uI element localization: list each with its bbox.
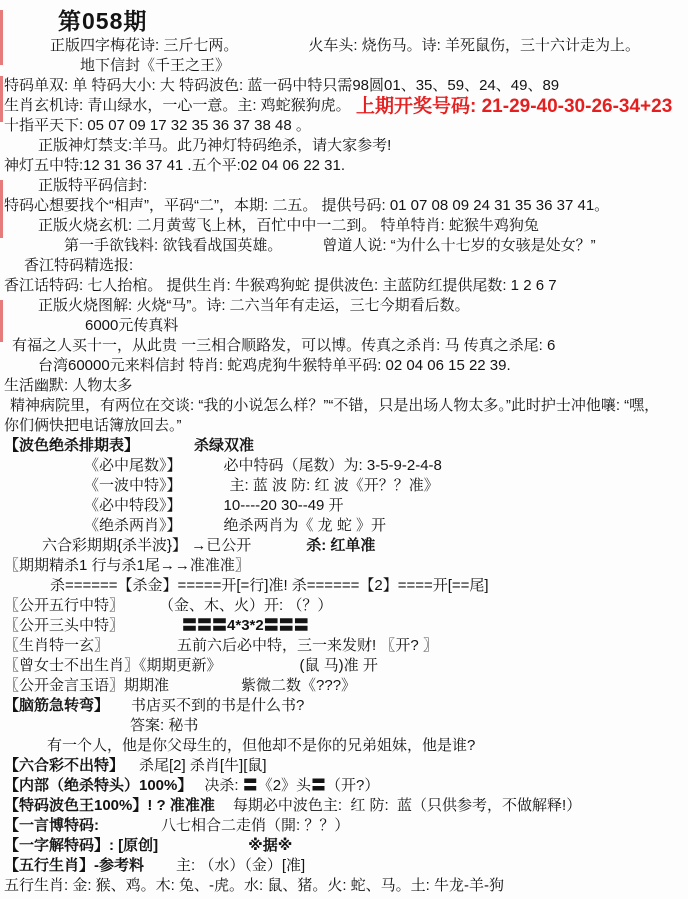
text-line: 正版特平码信封: bbox=[2, 176, 686, 196]
text-line: 〖公开三头中特〗〓〓〓4*3*2〓〓〓 bbox=[2, 616, 686, 636]
text-segment: 生肖玄机诗: 青山绿水，一心一意。主: 鸡蛇猴狗虎。 bbox=[4, 96, 351, 116]
text-line: 〖生肖特一玄〗五前六后必中特，三一来发财! 〖开? 〗 bbox=[2, 636, 686, 656]
text-line: 特码心想要找个“相声”，平码“二”，本期: 二五。 提供号码: 01 07 08… bbox=[2, 196, 686, 216]
text-line: 精神病院里，有两位在交谈: “我的小说怎么样？”“不错，只是出场人物太多。”此时… bbox=[2, 396, 686, 416]
text-segment: 正版四字梅花诗: 三斤七两。 bbox=[50, 36, 238, 56]
text-line: 《一波中特》】主: 蓝 波 防: 红 波《开？？准》 bbox=[2, 476, 686, 496]
text-line: 香江话特码: 七人抬棺。 提供生肖: 牛猴鸡狗蛇 提供波色: 主蓝防红提供尾数:… bbox=[2, 276, 686, 296]
text-segment: 【脑筋急转弯】 bbox=[4, 696, 109, 716]
text-segment: 【五行生肖】-参考料 bbox=[4, 856, 144, 876]
text-segment: 十指平天下: 05 07 09 17 32 35 36 37 38 48 。 bbox=[4, 116, 311, 136]
text-segment: 正版火烧图解: 火烧“马”。诗: 二六当年有走运，三七今期看后数。 bbox=[38, 296, 470, 316]
text-segment: 【波色绝杀排期表】 bbox=[4, 436, 139, 456]
text-line: 生活幽默: 人物太多 bbox=[2, 376, 686, 396]
scan-artifact bbox=[0, 10, 3, 65]
text-segment: 地下信封《千王之王》 bbox=[80, 56, 230, 76]
text-line: 正版火烧图解: 火烧“马”。诗: 二六当年有走运，三七今期看后数。 bbox=[2, 296, 686, 316]
text-line: 台湾60000元来料信封 特肖: 蛇鸡虎狗牛猴特单平码: 02 04 06 15… bbox=[2, 356, 686, 376]
text-line: 【一字解特码】: [原创]※据※ bbox=[2, 836, 686, 856]
text-segment: 6000元传真料 bbox=[85, 316, 178, 336]
text-segment: 〖公开金言玉语〗期期准 bbox=[4, 676, 169, 696]
text-line: 〖公开五行中特〗（金、木、火）开: （？） bbox=[2, 596, 686, 616]
text-segment: 曾道人说: “为什么十七岁的女骇是处女？” bbox=[322, 236, 595, 256]
text-segment: 八七相合二走俏（開: ？？） bbox=[161, 816, 349, 836]
text-line: 【脑筋急转弯】书店买不到的书是什么书? bbox=[2, 696, 686, 716]
text-segment: 〖公开五行中特〗 bbox=[4, 596, 124, 616]
text-segment: 《绝杀两肖》】 bbox=[84, 516, 182, 536]
text-segment: 你们俩快把电话簿放回去。” bbox=[4, 416, 182, 436]
text-line: 地下信封《千王之王》 bbox=[2, 56, 686, 76]
text-line: 六合彩期期{杀半波}】 →已公开杀: 红单准 bbox=[2, 536, 686, 556]
text-segment: 香江特码精选报: bbox=[24, 256, 133, 276]
text-line: 6000元传真料 bbox=[2, 316, 686, 336]
text-line: 【内部（绝杀特头）100%】决杀: 〓《2》头〓（开?） bbox=[2, 776, 686, 796]
text-line: 【六合彩不出特】杀尾[2] 杀肖[牛][鼠] bbox=[2, 756, 686, 776]
text-line: 《绝杀两肖》】绝杀两肖为《 龙 蛇 》开 bbox=[2, 516, 686, 536]
text-segment: 五前六后必中特，三一来发财! 〖开? 〗 bbox=[177, 636, 438, 656]
text-segment: 〖公开三头中特〗 bbox=[4, 616, 124, 636]
text-segment: 第一手欲钱料: 欲钱看战国英雄。 bbox=[64, 236, 282, 256]
text-segment: 正版特平码信封: bbox=[38, 176, 147, 196]
text-segment: 杀======【杀金】=====开[=行]准! 杀======【2】====开[… bbox=[50, 576, 489, 596]
text-segment: 主: 蓝 波 防: 红 波《开？？准》 bbox=[230, 476, 439, 496]
text-segment: 《一波中特》】 bbox=[84, 476, 182, 496]
last-draw-numbers: 上期开奖号码: 21-29-40-30-26-34+23 bbox=[356, 91, 672, 118]
text-line: 你们俩快把电话簿放回去。” bbox=[2, 416, 686, 436]
text-segment: 火车头: 烧伤马。诗: 羊死鼠伤，三十六计走为上。 bbox=[308, 36, 640, 56]
text-segment: 答案: 秘书 bbox=[130, 716, 198, 736]
text-segment: 【一言博特码: bbox=[4, 816, 99, 836]
text-line: 神灯五中特:12 31 36 37 41 .五个平:02 04 06 22 31… bbox=[2, 156, 686, 176]
text-segment: 书店买不到的书是什么书? bbox=[131, 696, 304, 716]
text-line: 【一言博特码:八七相合二走俏（開: ？？） bbox=[2, 816, 686, 836]
text-segment: 杀: 红单准 bbox=[306, 536, 375, 556]
text-line: 正版神灯禁支:羊马。此乃神灯特码绝杀，请大家参考! bbox=[2, 136, 686, 156]
text-segment: 10----20 30--49 开 bbox=[224, 496, 344, 516]
text-segment: 【一字解特码】: [原创] bbox=[4, 836, 158, 856]
text-segment: 《必中特段》】 bbox=[84, 496, 182, 516]
text-segment: 精神病院里，有两位在交谈: “我的小说怎么样？”“不错，只是出场人物太多。”此时… bbox=[10, 396, 659, 416]
text-segment: 五行生肖: 金: 猴、鸡。木: 兔、-虎。水: 鼠、猪。火: 蛇、马。土: 牛龙… bbox=[4, 876, 504, 896]
text-line: 〖曾女士不出生肖〗《期期更新》(鼠 马)准 开 bbox=[2, 656, 686, 676]
text-segment: 〖曾女士不出生肖〗《期期更新》 bbox=[4, 656, 222, 676]
text-segment: 每期必中波色主: 红 防: 蓝（只供参考，不做解释!） bbox=[233, 796, 581, 816]
text-line: 答案: 秘书 bbox=[2, 716, 686, 736]
text-line: 《必中特段》】10----20 30--49 开 bbox=[2, 496, 686, 516]
scan-artifact bbox=[0, 300, 3, 342]
text-segment: (鼠 马)准 开 bbox=[300, 656, 378, 676]
text-line: 〖公开金言玉语〗期期准紫微二数《???》 bbox=[2, 676, 686, 696]
text-line: 正版火烧玄机: 二月黄莺飞上林，百忙中中一二到。 特单特肖: 蛇猴牛鸡狗兔 bbox=[2, 216, 686, 236]
text-segment: 绝杀两肖为《 龙 蛇 》开 bbox=[224, 516, 387, 536]
text-segment: 特码心想要找个“相声”，平码“二”，本期: 二五。 提供号码: 01 07 08… bbox=[4, 196, 609, 216]
text-line: 有福之人买十一，从此贵 一三相合顺路发，可以博。传真之杀肖: 马 传真之杀尾: … bbox=[2, 336, 686, 356]
text-line: 五行生肖: 金: 猴、鸡。木: 兔、-虎。水: 鼠、猪。火: 蛇、马。土: 牛龙… bbox=[2, 876, 686, 896]
text-segment: 神灯五中特:12 31 36 37 41 .五个平:02 04 06 22 31… bbox=[4, 156, 345, 176]
text-line: 有一个人，他是你父母生的，但他却不是你的兄弟姐妹，他是谁? bbox=[2, 736, 686, 756]
text-segment: 必中特码（尾数）为: 3-5-9-2-4-8 bbox=[224, 456, 442, 476]
text-segment: 香江话特码: 七人抬棺。 提供生肖: 牛猴鸡狗蛇 提供波色: 主蓝防红提供尾数:… bbox=[4, 276, 557, 296]
text-segment: 正版神灯禁支:羊马。此乃神灯特码绝杀，请大家参考! bbox=[38, 136, 391, 156]
text-segment: 生活幽默: 人物太多 bbox=[4, 376, 132, 396]
text-line: 【波色绝杀排期表】杀绿双准 bbox=[2, 436, 686, 456]
text-segment: ※据※ bbox=[248, 836, 292, 856]
text-segment: 有福之人买十一，从此贵 一三相合顺路发，可以博。传真之杀肖: 马 传真之杀尾: … bbox=[12, 336, 555, 356]
text-segment: 主: （水）（金）[准] bbox=[176, 856, 305, 876]
text-segment: 有一个人，他是你父母生的，但他却不是你的兄弟姐妹，他是谁? bbox=[47, 736, 475, 756]
text-segment: 台湾60000元来料信封 特肖: 蛇鸡虎狗牛猴特单平码: 02 04 06 15… bbox=[38, 356, 511, 376]
scan-artifact bbox=[0, 76, 3, 122]
text-segment: 【六合彩不出特】 bbox=[4, 756, 124, 776]
text-line: 《必中尾数》】必中特码（尾数）为: 3-5-9-2-4-8 bbox=[2, 456, 686, 476]
text-segment: 〓〓〓4*3*2〓〓〓 bbox=[182, 616, 309, 636]
text-segment: 〖生肖特一玄〗 bbox=[4, 636, 109, 656]
text-segment: 杀绿双准 bbox=[194, 436, 254, 456]
text-line: 〖期期精杀1 行与杀1尾→→准准准〗 bbox=[2, 556, 686, 576]
text-segment: 〖期期精杀1 行与杀1尾→→准准准〗 bbox=[4, 556, 250, 576]
text-line: 十指平天下: 05 07 09 17 32 35 36 37 38 48 。 bbox=[2, 116, 686, 136]
text-segment: 【内部（绝杀特头）100%】 bbox=[4, 776, 192, 796]
text-line: 【五行生肖】-参考料主: （水）（金）[准] bbox=[2, 856, 686, 876]
text-segment: 六合彩期期{杀半波}】 →已公开 bbox=[42, 536, 251, 556]
text-line: 香江特码精选报: bbox=[2, 256, 686, 276]
text-line: 【特码波色王100%】! ? 准准准每期必中波色主: 红 防: 蓝（只供参考，不… bbox=[2, 796, 686, 816]
scan-artifact bbox=[0, 180, 3, 238]
text-segment: 《必中尾数》】 bbox=[84, 456, 182, 476]
text-segment: 正版火烧玄机: 二月黄莺飞上林，百忙中中一二到。 特单特肖: 蛇猴牛鸡狗兔 bbox=[38, 216, 539, 236]
text-line: 正版四字梅花诗: 三斤七两。火车头: 烧伤马。诗: 羊死鼠伤，三十六计走为上。 bbox=[2, 36, 686, 56]
text-segment: （金、木、火）开: （？） bbox=[159, 596, 332, 616]
text-line: 第一手欲钱料: 欲钱看战国英雄。曾道人说: “为什么十七岁的女骇是处女？” bbox=[2, 236, 686, 256]
text-segment: 决杀: 〓《2》头〓（开?） bbox=[204, 776, 379, 796]
text-segment: 紫微二数《???》 bbox=[241, 676, 356, 696]
lottery-tip-sheet: 第058期正版四字梅花诗: 三斤七两。火车头: 烧伤马。诗: 羊死鼠伤，三十六计… bbox=[0, 0, 688, 896]
text-line: 杀======【杀金】=====开[=行]准! 杀======【2】====开[… bbox=[2, 576, 686, 596]
text-line: 第058期 bbox=[2, 6, 686, 36]
issue-number: 第058期 bbox=[58, 6, 147, 36]
text-segment: 【特码波色王100%】! ? 准准准 bbox=[4, 796, 215, 816]
text-segment: 杀尾[2] 杀肖[牛][鼠] bbox=[139, 756, 267, 776]
